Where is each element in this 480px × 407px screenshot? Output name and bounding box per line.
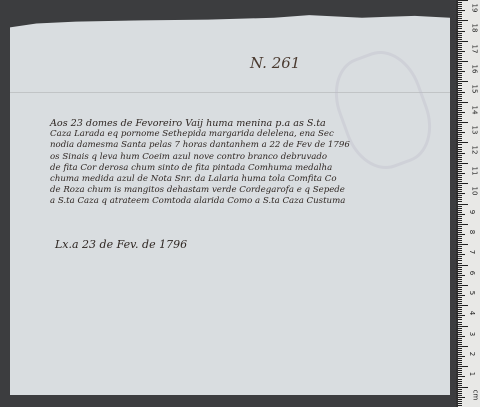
ruler-label: 5 [468, 291, 476, 295]
ruler-tick [458, 385, 462, 386]
ruler-tick [458, 252, 462, 253]
ruler-tick [458, 246, 462, 247]
ruler-tick [458, 376, 465, 377]
ruler-tick [458, 10, 465, 11]
ruler-tick [458, 226, 462, 227]
ruler-tick [458, 144, 462, 145]
ruler-tick [458, 128, 462, 129]
ruler-tick [458, 73, 462, 74]
ruler-tick [458, 189, 462, 190]
ruler-tick [458, 132, 465, 133]
ruler-label: 14 [470, 105, 478, 114]
ruler-tick [458, 67, 462, 68]
ruler-tick [458, 169, 462, 170]
ruler-tick [458, 187, 462, 188]
ruler-tick [458, 59, 462, 60]
ruler-tick [458, 171, 462, 172]
ruler-tick [458, 405, 462, 406]
ruler-tick [458, 356, 465, 357]
ruler-tick [458, 130, 462, 131]
ruler-tick [458, 26, 462, 27]
ruler-tick [458, 157, 462, 158]
ruler-tick [458, 232, 462, 233]
ruler-tick [458, 81, 468, 82]
ruler-tick [458, 106, 462, 107]
ruler-tick [458, 177, 462, 178]
ruler-tick [458, 301, 462, 302]
ruler-tick [458, 122, 468, 123]
ruler-tick [458, 305, 468, 306]
ruler-label: 1 [468, 372, 476, 376]
ruler-tick [458, 338, 462, 339]
ruler-tick [458, 362, 462, 363]
ruler-tick [458, 8, 462, 9]
ruler-tick [458, 206, 462, 207]
ruler-label: 16 [470, 65, 478, 74]
ruler-label: 17 [470, 44, 478, 53]
ruler-tick [458, 289, 462, 290]
ruler-tick [458, 281, 462, 282]
ruler-tick [458, 85, 462, 86]
ruler-tick [458, 234, 465, 235]
ruler-tick [458, 65, 462, 66]
ruler-tick [458, 220, 462, 221]
ruler-tick [458, 14, 462, 15]
ruler-tick [458, 20, 468, 21]
ruler-tick [458, 242, 462, 243]
ruler-label: 12 [470, 146, 478, 155]
body-line: a S.ta Caza q atrateem Comtoda alarida C… [50, 196, 445, 207]
ruler-tick [458, 279, 462, 280]
ruler-tick [458, 199, 462, 200]
ruler-tick [458, 77, 462, 78]
ruler-tick [458, 315, 465, 316]
folio-number: N. 261 [250, 54, 300, 72]
ruler-tick [458, 114, 462, 115]
ruler-tick [458, 354, 462, 355]
ruler-label: 7 [468, 250, 476, 254]
body-line: de fita Cor derosa chum sinto de fita pi… [50, 163, 445, 174]
ruler-tick [458, 381, 462, 382]
ruler-tick [458, 92, 465, 93]
ruler-tick [458, 47, 462, 48]
ruler-tick [458, 212, 462, 213]
ruler-tick [458, 45, 462, 46]
ruler-tick [458, 352, 462, 353]
ruler-tick [458, 24, 462, 25]
ruler-tick [458, 271, 462, 272]
ruler-tick [458, 43, 462, 44]
ruler-tick [458, 210, 462, 211]
ruler-tick [458, 230, 462, 231]
ruler-tick [458, 250, 462, 251]
ruler-tick [458, 317, 462, 318]
ruler-tick [458, 269, 462, 270]
ruler-tick [458, 401, 462, 402]
body-line: Aos 23 domes de Fevoreiro Vaij huma meni… [50, 118, 445, 129]
ruler-tick [458, 208, 462, 209]
ruler-tick [458, 379, 462, 380]
document-body: Aos 23 domes de Fevoreiro Vaij huma meni… [50, 118, 445, 208]
ruler-tick [458, 334, 462, 335]
ruler-tick [458, 368, 462, 369]
ruler-tick [458, 35, 462, 36]
body-line: nodia damesma Santa pelas 7 horas dantan… [50, 140, 445, 151]
ruler-tick [458, 124, 462, 125]
ruler-tick [458, 41, 468, 42]
ruler-tick [458, 218, 462, 219]
ruler-tick [458, 149, 462, 150]
ruler-tick [458, 193, 465, 194]
ruler-tick [458, 328, 462, 329]
ruler-label: 18 [470, 24, 478, 33]
body-line: os Sinais q leva hum Coeim azul nove con… [50, 152, 445, 163]
ruler-tick [458, 159, 462, 160]
ruler-tick [458, 155, 462, 156]
ruler-label: 9 [468, 209, 476, 213]
ruler-tick [458, 260, 462, 261]
ruler-tick [458, 275, 465, 276]
ruler-tick [458, 197, 462, 198]
ruler-tick [458, 265, 468, 266]
ruler-tick [458, 228, 462, 229]
ruler-tick [458, 222, 462, 223]
ruler-tick [458, 0, 468, 1]
ruler-tick [458, 90, 462, 91]
ruler-tick [458, 51, 465, 52]
ruler-tick [458, 28, 462, 29]
ruler-tick [458, 153, 465, 154]
ruler-tick [458, 393, 462, 394]
ruler-tick [458, 118, 462, 119]
ruler-tick [458, 16, 462, 17]
ruler-tick [458, 134, 462, 135]
ruler-tick [458, 147, 462, 148]
ruler-tick [458, 256, 462, 257]
ruler-tick [458, 295, 465, 296]
ruler-tick [458, 267, 462, 268]
ruler-label: 15 [470, 85, 478, 94]
body-line: Caza Larada eq pornome Sethepida margari… [50, 129, 445, 140]
ruler-label: 6 [468, 270, 476, 274]
ruler-tick [458, 319, 462, 320]
ruler-tick [458, 165, 462, 166]
ruler-tick [458, 364, 462, 365]
ruler-tick [458, 258, 462, 259]
ruler-tick [458, 100, 462, 101]
ruler-tick [458, 395, 462, 396]
ruler-tick [458, 94, 462, 95]
ruler-tick [458, 53, 462, 54]
ruler-tick [458, 163, 468, 164]
ruler-tick [458, 75, 462, 76]
ruler-tick [458, 69, 462, 70]
ruler-tick [458, 120, 462, 121]
ruler-tick [458, 299, 462, 300]
ruler-tick [458, 340, 462, 341]
ruler-tick [458, 83, 462, 84]
ruler-label: 4 [468, 311, 476, 315]
ruler-tick [458, 291, 462, 292]
ruler-tick [458, 98, 462, 99]
ruler-tick [458, 348, 462, 349]
ruler-tick [458, 244, 468, 245]
ruler-tick [458, 309, 462, 310]
measurement-ruler: 19181716151413121110987654321cm [456, 0, 480, 407]
ruler-tick [458, 330, 462, 331]
ruler-tick [458, 12, 462, 13]
ruler-tick [458, 49, 462, 50]
ruler-tick [458, 303, 462, 304]
ruler-tick [458, 116, 462, 117]
ruler-tick [458, 399, 462, 400]
body-line: chuma medida azul de Nota Snr. da Lalari… [50, 174, 445, 185]
ruler-tick [458, 342, 462, 343]
ruler-tick [458, 39, 462, 40]
ruler-tick [458, 350, 462, 351]
ruler-tick [458, 110, 462, 111]
ruler-tick [458, 287, 462, 288]
ruler-label: 3 [468, 331, 476, 335]
ruler-tick [458, 254, 465, 255]
ruler-label: 11 [470, 166, 478, 175]
ruler-label: 19 [470, 4, 478, 13]
ruler-tick [458, 224, 468, 225]
ruler-tick [458, 175, 462, 176]
ruler-tick [458, 313, 462, 314]
ruler-tick [458, 183, 468, 184]
ruler-tick [458, 326, 468, 327]
ruler-tick [458, 179, 462, 180]
date-line: Lx.a 23 de Fev. de 1796 [55, 238, 187, 251]
ruler-tick [458, 216, 462, 217]
ruler-tick [458, 397, 465, 398]
ruler-tick [458, 204, 468, 205]
ruler-tick [458, 57, 462, 58]
ruler-tick [458, 126, 462, 127]
ruler-tick [458, 285, 468, 286]
ruler-tick [458, 195, 462, 196]
ruler-label: 8 [468, 230, 476, 234]
ruler-tick [458, 151, 462, 152]
ruler-tick [458, 31, 465, 32]
ruler-tick [458, 307, 462, 308]
ruler-tick [458, 33, 462, 34]
ruler-tick [458, 391, 462, 392]
ruler-tick [458, 358, 462, 359]
body-line: de Roza chum is mangitos dehastam verde … [50, 185, 445, 196]
ruler-tick [458, 138, 462, 139]
ruler-tick [458, 366, 468, 367]
ruler-tick [458, 185, 462, 186]
ruler-tick [458, 108, 462, 109]
ruler-tick [458, 311, 462, 312]
ruler-tick [458, 79, 462, 80]
ruler-tick [458, 403, 462, 404]
ruler-tick [458, 167, 462, 168]
ruler-tick [458, 142, 468, 143]
ruler-label: 13 [470, 126, 478, 135]
ruler-tick [458, 214, 465, 215]
ruler-tick [458, 297, 462, 298]
ruler-tick [458, 240, 462, 241]
ruler-tick [458, 4, 462, 5]
ruler-tick [458, 71, 465, 72]
ruler-label: 2 [468, 352, 476, 356]
ruler-tick [458, 173, 465, 174]
ruler-tick [458, 324, 462, 325]
ruler-tick [458, 283, 462, 284]
ruler-tick [458, 55, 462, 56]
ruler-tick [458, 332, 462, 333]
ruler-tick [458, 18, 462, 19]
ruler-tick [458, 22, 462, 23]
ruler-tick [458, 63, 462, 64]
ruler-tick [458, 322, 462, 323]
ruler-label: 10 [470, 187, 478, 196]
ruler-tick [458, 2, 462, 3]
ruler-tick [458, 136, 462, 137]
ruler-tick [458, 181, 462, 182]
ruler-tick [458, 88, 462, 89]
ruler-tick [458, 372, 462, 373]
ruler-tick [458, 37, 462, 38]
ruler-tick [458, 102, 468, 103]
ruler-tick [458, 6, 462, 7]
ruler-tick [458, 112, 465, 113]
ruler-tick [458, 346, 468, 347]
ruler-tick [458, 387, 468, 388]
ruler-tick [458, 104, 462, 105]
ruler-tick [458, 96, 462, 97]
ruler-tick [458, 236, 462, 237]
ruler-tick [458, 273, 462, 274]
ruler-tick [458, 277, 462, 278]
ruler-tick [458, 263, 462, 264]
ruler-tick [458, 161, 462, 162]
ruler-tick [458, 191, 462, 192]
ruler-tick [458, 238, 462, 239]
ruler-tick [458, 389, 462, 390]
ruler-tick [458, 374, 462, 375]
ruler-tick [458, 248, 462, 249]
ruler-tick [458, 293, 462, 294]
ruler-tick [458, 61, 468, 62]
ruler-tick [458, 140, 462, 141]
ruler-tick [458, 370, 462, 371]
ruler-tick [458, 201, 462, 202]
ruler-label: cm [471, 389, 479, 400]
ruler-tick [458, 383, 462, 384]
ruler-tick [458, 344, 462, 345]
ruler-tick [458, 360, 462, 361]
ruler-tick [458, 336, 465, 337]
